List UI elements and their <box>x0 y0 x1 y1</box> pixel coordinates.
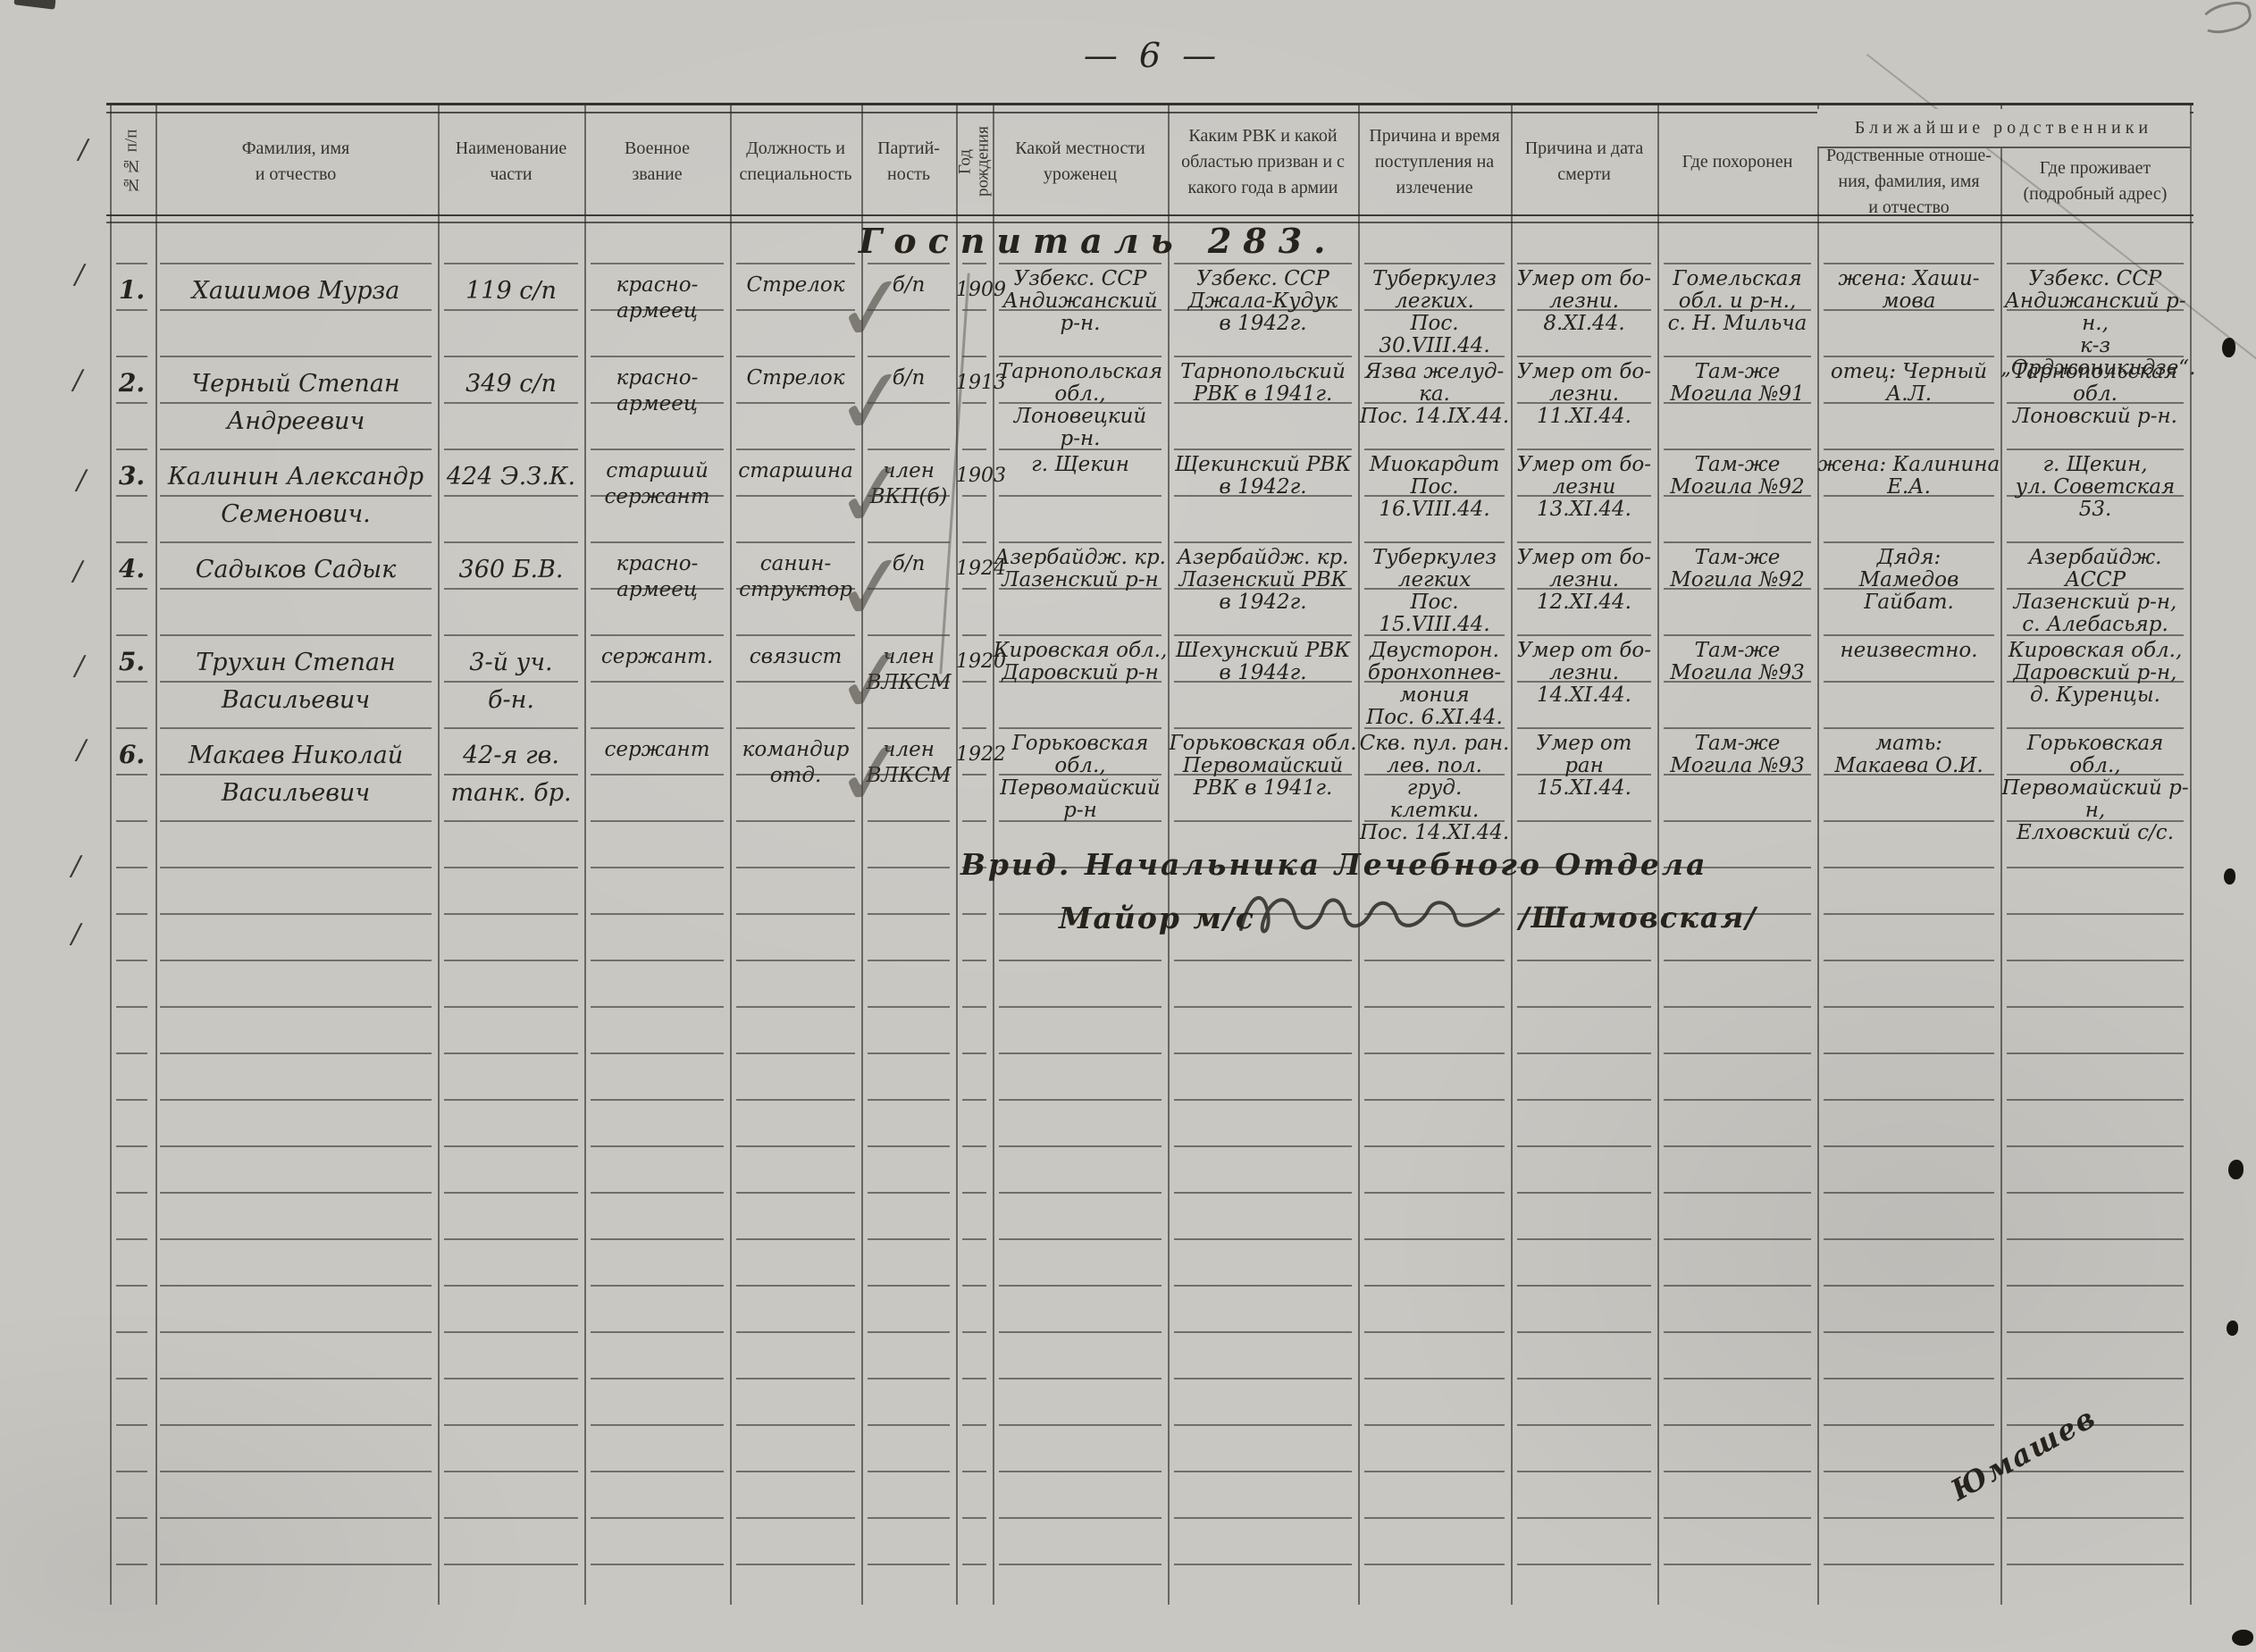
cell-kin: мать: Макаева О.И. <box>1817 729 2000 822</box>
col-header-birthplace: Какой местности уроженец <box>993 109 1168 214</box>
cell-admission: Язва желуд- ка. Пос. 14.IX.44. <box>1358 357 1511 450</box>
cell-unit: 360 Б.В. <box>438 543 584 636</box>
cell-kin: неизвестно. <box>1817 636 2000 729</box>
col-header-num: №№ п/п <box>110 109 154 214</box>
pencil-check-icon: ✓ <box>809 721 935 826</box>
ink-signature-scribble <box>1237 883 1505 945</box>
cell-kin: Дядя: Мамедов Гайбат. <box>1817 543 2000 636</box>
col-header-name: Фамилия, имя и отчество <box>154 109 438 214</box>
cell-death: Умер от ран 15.XI.44. <box>1511 729 1657 822</box>
corner-mark <box>13 0 55 10</box>
cell-death: Умер от бо- лезни 13.XI.44. <box>1511 450 1657 543</box>
cell-burial: Там-же Могила №92 <box>1657 450 1817 543</box>
cell-rank: красно- армеец <box>584 543 730 636</box>
cell-rank: красно- армеец <box>584 264 730 357</box>
cell-address: г. Щекин, ул. Советская 53. <box>2000 450 2190 543</box>
cell-burial: Гомельская обл. и р-н., с. Н. Мильча <box>1657 264 1817 357</box>
cell-birth-year: 1920 <box>956 636 993 729</box>
pencil-check-icon: ✓ <box>809 628 935 733</box>
row-number: 3. <box>110 450 154 543</box>
table-row: 5. Трухин Степан Васильевич 3-й уч. б-н.… <box>110 636 2190 729</box>
cell-kin: жена: Калинина Е.А. <box>1817 450 2000 543</box>
margin-tick: / <box>68 734 95 766</box>
cell-name: Черный Степан Андреевич <box>154 357 438 450</box>
cell-death: Умер от бо- лезни. 14.XI.44. <box>1511 636 1657 729</box>
pencil-check-icon: ✓ <box>809 442 935 547</box>
paper-hole <box>2224 868 2235 885</box>
cell-death: Умер от бо- лезни. 11.XI.44. <box>1511 357 1657 450</box>
paper-hole <box>2228 1160 2243 1179</box>
pencil-scribble-mark <box>2197 0 2253 38</box>
page-number: — 6 — <box>1063 36 1242 75</box>
paper-hole <box>2227 1321 2238 1336</box>
cell-birthplace: Узбекс. ССР Андижанский р-н. <box>993 264 1168 357</box>
paper-hole <box>2222 338 2235 357</box>
cell-admission: Туберкулез легких Пос. 15.VIII.44. <box>1358 543 1511 636</box>
cell-birthplace: Тарнопольская обл., Лоновецкий р-н. <box>993 357 1168 450</box>
cell-address: Кировская обл., Даровский р-н, д. Куренц… <box>2000 636 2190 729</box>
cell-admission: Скв. пул. ран. лев. пол. груд. клетки. П… <box>1358 729 1511 822</box>
cell-birthplace: Горьковская обл., Первомайский р-н <box>993 729 1168 822</box>
table-row: 3. Калинин Александр Семенович. 424 Э.З.… <box>110 450 2190 543</box>
paper-hole <box>2232 1630 2253 1646</box>
cell-unit: 42-я гв. танк. бр. <box>438 729 584 822</box>
cell-birth-year: 1924 <box>956 543 993 636</box>
cell-draft-office: Азербайдж. кр. Лазенский РВК в 1942г. <box>1168 543 1358 636</box>
cell-rank: сержант <box>584 729 730 822</box>
cell-name: Макаев Николай Васильевич <box>154 729 438 822</box>
col-header-rank: Военное звание <box>584 109 730 214</box>
col-header-duty: Должность и специальность <box>730 109 861 214</box>
cell-kin: жена: Хаши- мова <box>1817 264 2000 357</box>
cell-unit: 3-й уч. б-н. <box>438 636 584 729</box>
col-header-burial: Где похоронен <box>1657 109 1817 214</box>
cell-birth-year: 1903 <box>956 450 993 543</box>
margin-tick: / <box>64 365 91 396</box>
cell-rank: старший сержант <box>584 450 730 543</box>
cell-admission: Двусторон. бронхопнев- мония Пос. 6.XI.4… <box>1358 636 1511 729</box>
margin-tick: / <box>64 556 91 587</box>
col-header-address: Где проживает (подробный адрес) <box>2000 148 2190 214</box>
cell-death: Умер от бо- лезни. 12.XI.44. <box>1511 543 1657 636</box>
cell-address: Горьковская обл., Первомайский р-н, Елхо… <box>2000 729 2190 822</box>
pencil-check-icon: ✓ <box>809 256 935 361</box>
cell-address: Тарнопольская обл. Лоновский р-н. <box>2000 357 2190 450</box>
cell-unit: 424 Э.З.К. <box>438 450 584 543</box>
cell-name: Хашимов Мурза <box>154 264 438 357</box>
cell-death: Умер от бо- лезни. 8.XI.44. <box>1511 264 1657 357</box>
margin-tick: / <box>66 259 93 290</box>
cell-address: Азербайдж. АССР Лазенский р-н, с. Алебас… <box>2000 543 2190 636</box>
table-header: №№ п/п Фамилия, имя и отчество Наименова… <box>110 109 2190 214</box>
margin-tick: / <box>68 465 95 496</box>
cell-birthplace: Азербайдж. кр. Лазенский р-н <box>993 543 1168 636</box>
cell-admission: Туберкулез легких. Пос. 30.VIII.44. <box>1358 264 1511 357</box>
row-number: 2. <box>110 357 154 450</box>
col-header-kin: Родственные отноше- ния, фамилия, имя и … <box>1817 148 2000 214</box>
table-row: 1. Хашимов Мурза 119 с/п красно- армеец … <box>110 264 2190 357</box>
hospital-title: Госпиталь 283. <box>859 219 1413 265</box>
row-number: 1. <box>110 264 154 357</box>
cell-birth-year: 1909 <box>956 264 993 357</box>
pencil-check-icon: ✓ <box>809 535 935 640</box>
cell-name: Садыков Садык <box>154 543 438 636</box>
cell-birthplace: Кировская обл., Даровский р-н <box>993 636 1168 729</box>
row-number: 6. <box>110 729 154 822</box>
pencil-check-icon: ✓ <box>809 349 935 454</box>
cell-admission: Миокардит Пос. 16.VIII.44. <box>1358 450 1511 543</box>
cell-birth-year: 1913 <box>956 357 993 450</box>
cell-draft-office: Щекинский РВК в 1942г. <box>1168 450 1358 543</box>
signature-name: /Шамовская/ <box>1519 901 1757 935</box>
table-row: 4. Садыков Садык 360 Б.В. красно- армеец… <box>110 543 2190 636</box>
cell-draft-office: Горьковская обл. Первомайский РВК в 1941… <box>1168 729 1358 822</box>
margin-tick: / <box>70 134 96 165</box>
cell-burial: Там-же Могила №91 <box>1657 357 1817 450</box>
col-header-unit: Наименование части <box>438 109 584 214</box>
cell-burial: Там-же Могила №93 <box>1657 636 1817 729</box>
table-row: 2. Черный Степан Андреевич 349 с/п красн… <box>110 357 2190 450</box>
cell-unit: 349 с/п <box>438 357 584 450</box>
cell-birth-year: 1922 <box>956 729 993 822</box>
cell-unit: 119 с/п <box>438 264 584 357</box>
scanned-document-page: — 6 — / / / / / / / / / <box>0 0 2256 1652</box>
col-header-party: Партий- ность <box>861 109 956 214</box>
cell-draft-office: Шехунский РВК в 1944г. <box>1168 636 1358 729</box>
cell-name: Трухин Степан Васильевич <box>154 636 438 729</box>
cell-address: Узбекс. ССР Андижанский р-н., к-з „Орджо… <box>2000 264 2190 357</box>
margin-tick: / <box>66 650 93 682</box>
cell-rank: красно- армеец <box>584 357 730 450</box>
row-number: 4. <box>110 543 154 636</box>
signature-title-line: Врид. Начальника Лечебного Отдела <box>960 847 1707 882</box>
col-header-death: Причина и дата смерти <box>1511 109 1657 214</box>
cell-draft-office: Тарнопольский РВК в 1941г. <box>1168 357 1358 450</box>
cell-kin: отец: Черный А.Л. <box>1817 357 2000 450</box>
row-number: 5. <box>110 636 154 729</box>
col-header-admission: Причина и время поступления на излечение <box>1358 109 1511 214</box>
cell-birthplace: г. Щекин <box>993 450 1168 543</box>
cell-name: Калинин Александр Семенович. <box>154 450 438 543</box>
cell-draft-office: Узбекс. ССР Джала-Кудук в 1942г. <box>1168 264 1358 357</box>
margin-tick: / <box>63 918 89 950</box>
cell-rank: сержант. <box>584 636 730 729</box>
signature-rank: Майор м/с <box>1059 901 1255 935</box>
margin-tick: / <box>63 851 89 882</box>
cell-burial: Там-же Могила №92 <box>1657 543 1817 636</box>
cell-burial: Там-же Могила №93 <box>1657 729 1817 822</box>
col-header-draft-office: Каким РВК и какой областью призван и с к… <box>1168 109 1358 214</box>
table-row: 6. Макаев Николай Васильевич 42-я гв. та… <box>110 729 2190 822</box>
col-header-birth-year: Год рождения <box>956 109 993 214</box>
